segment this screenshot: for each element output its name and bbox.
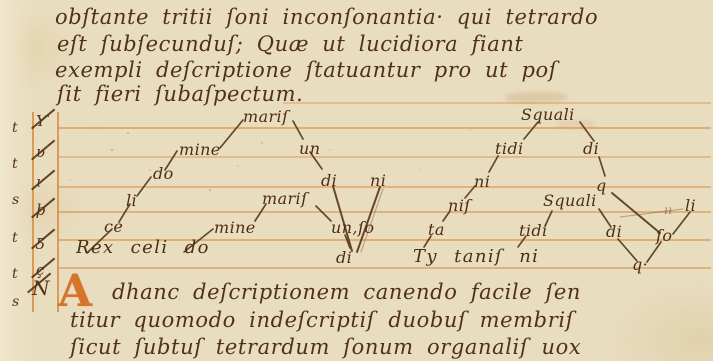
syllable: Squali bbox=[543, 191, 597, 210]
syllable: un, bbox=[331, 218, 358, 237]
syllable: ſo bbox=[656, 226, 672, 245]
syllable: ta bbox=[428, 220, 445, 239]
voice-connecting-stroke bbox=[316, 206, 331, 221]
syllable: q· bbox=[632, 255, 648, 274]
daseian-sign: ɩ bbox=[36, 173, 42, 191]
syllable: di bbox=[336, 248, 352, 267]
margin-interval-letter: s bbox=[12, 192, 19, 208]
bottom-text-line-3: ſicut ſubtuſ tetrardum ſonum organaliſ u… bbox=[70, 334, 581, 360]
syllable: Ty taniſ ni bbox=[413, 246, 539, 267]
syllable: di bbox=[606, 222, 622, 241]
syllable: li bbox=[126, 191, 137, 210]
margin-interval-letter: t bbox=[12, 156, 18, 172]
syllable: ſo bbox=[358, 218, 374, 237]
show-through-smudge bbox=[556, 120, 596, 129]
syllable: Rex celi do bbox=[76, 237, 210, 258]
syllable: ni bbox=[474, 172, 490, 191]
margin-interval-letter: t bbox=[12, 230, 18, 246]
daseian-sign: ƽ bbox=[36, 232, 44, 250]
margin-interval-letter: t bbox=[12, 120, 18, 136]
daseian-sign: Ƴ bbox=[36, 112, 47, 130]
syllable: tidi bbox=[519, 221, 548, 240]
syllable: mariſ bbox=[243, 107, 288, 126]
syllable: di bbox=[321, 171, 337, 190]
syllable: tidi bbox=[495, 139, 524, 158]
syllable: q bbox=[596, 176, 607, 195]
voice-connecting-stroke bbox=[489, 156, 498, 172]
voice-connecting-stroke bbox=[620, 209, 683, 217]
bottom-text-line-2: titur quomodo indeſcriptiſ duobuſ membri… bbox=[70, 307, 574, 333]
margin-interval-letter: t bbox=[12, 266, 18, 282]
voice-connecting-stroke bbox=[599, 157, 605, 176]
syllable: un bbox=[299, 139, 320, 158]
margin-interval-letter: s bbox=[12, 294, 19, 310]
syllable: ni bbox=[370, 171, 386, 190]
syllable: do bbox=[153, 164, 174, 183]
voice-connecting-stroke bbox=[220, 120, 243, 148]
daseian-sign: ϸ bbox=[36, 201, 46, 219]
syllable: mine bbox=[214, 218, 256, 237]
voice-connecting-stroke bbox=[524, 122, 538, 139]
voice-connecting-stroke bbox=[647, 242, 661, 262]
daseian-sign-margin-bottom: N bbox=[32, 276, 50, 300]
voice-connecting-stroke bbox=[673, 212, 690, 234]
syllable: ıı bbox=[664, 203, 672, 217]
daseian-sign: ʋ bbox=[36, 143, 45, 161]
bottom-text-line-1: dhanc deſcriptionem canendo facile ſen bbox=[112, 279, 581, 305]
syllable: ce bbox=[104, 217, 123, 236]
syllable: li bbox=[685, 196, 696, 215]
rubric-initial-A: A bbox=[58, 272, 92, 312]
syllable: mine bbox=[179, 140, 221, 159]
syllable: mariſ bbox=[262, 189, 307, 208]
syllable: di bbox=[583, 139, 599, 158]
voice-connecting-stroke bbox=[293, 121, 303, 139]
syllable: niſ bbox=[448, 196, 471, 215]
manuscript-page: obſtante tritii ſoni inconſonantia· qui … bbox=[0, 0, 713, 361]
